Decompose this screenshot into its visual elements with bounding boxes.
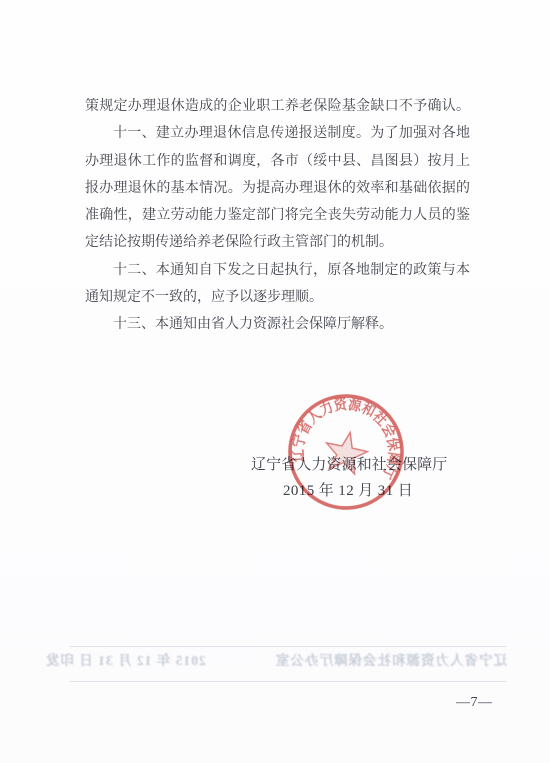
bleedthrough-text: 辽宁省人力资源和社会保障厅办公室 2015 年 12 月 31 日 印发 [45,649,507,669]
star-icon [321,428,370,476]
body-line-7: 十二、本通知自下发之日起执行，原各地制定的政策与本 [85,257,470,284]
document-page: 策规定办理退休造成的企业职工养老保险基金缺口不予确认。 十一、建立办理退休信息传… [0,0,550,763]
footer-rule-top [70,646,506,647]
body-line-2: 十一、建立办理退休信息传递报送制度。为了加强对各地 [85,120,470,147]
body-line-3: 办理退休工作的监督和调度，各市（绥中县、昌图县）按月上 [85,148,470,175]
body-line-1: 策规定办理退休造成的企业职工养老保险基金缺口不予确认。 [85,93,470,120]
body-line-8: 通知规定不一致的，应予以逐步理顺。 [85,284,470,311]
body-line-5: 准确性，建立劳动能力鉴定部门将完全丧失劳动能力人员的鉴 [85,202,470,229]
document-body: 策规定办理退休造成的企业职工养老保险基金缺口不予确认。 十一、建立办理退休信息传… [85,93,470,339]
body-line-4: 报办理退休的基本情况。为提高办理退休的效率和基础依据的 [85,175,470,202]
page-number: —7— [456,695,493,711]
official-seal-stamp: 辽宁省人力资源和社会保障厅 [275,381,417,523]
bleedthrough-print-date: 2015 年 12 月 31 日 印发 [45,649,206,669]
footer-rule-bottom [70,681,506,682]
seal-graphic: 辽宁省人力资源和社会保障厅 [275,381,417,523]
body-line-9: 十三、本通知由省人力资源社会保障厅解释。 [85,311,470,338]
body-line-6: 定结论按期传递给养老保险行政主管部门的机制。 [85,229,470,256]
bleedthrough-office-name: 辽宁省人力资源和社会保障厅办公室 [275,649,507,669]
